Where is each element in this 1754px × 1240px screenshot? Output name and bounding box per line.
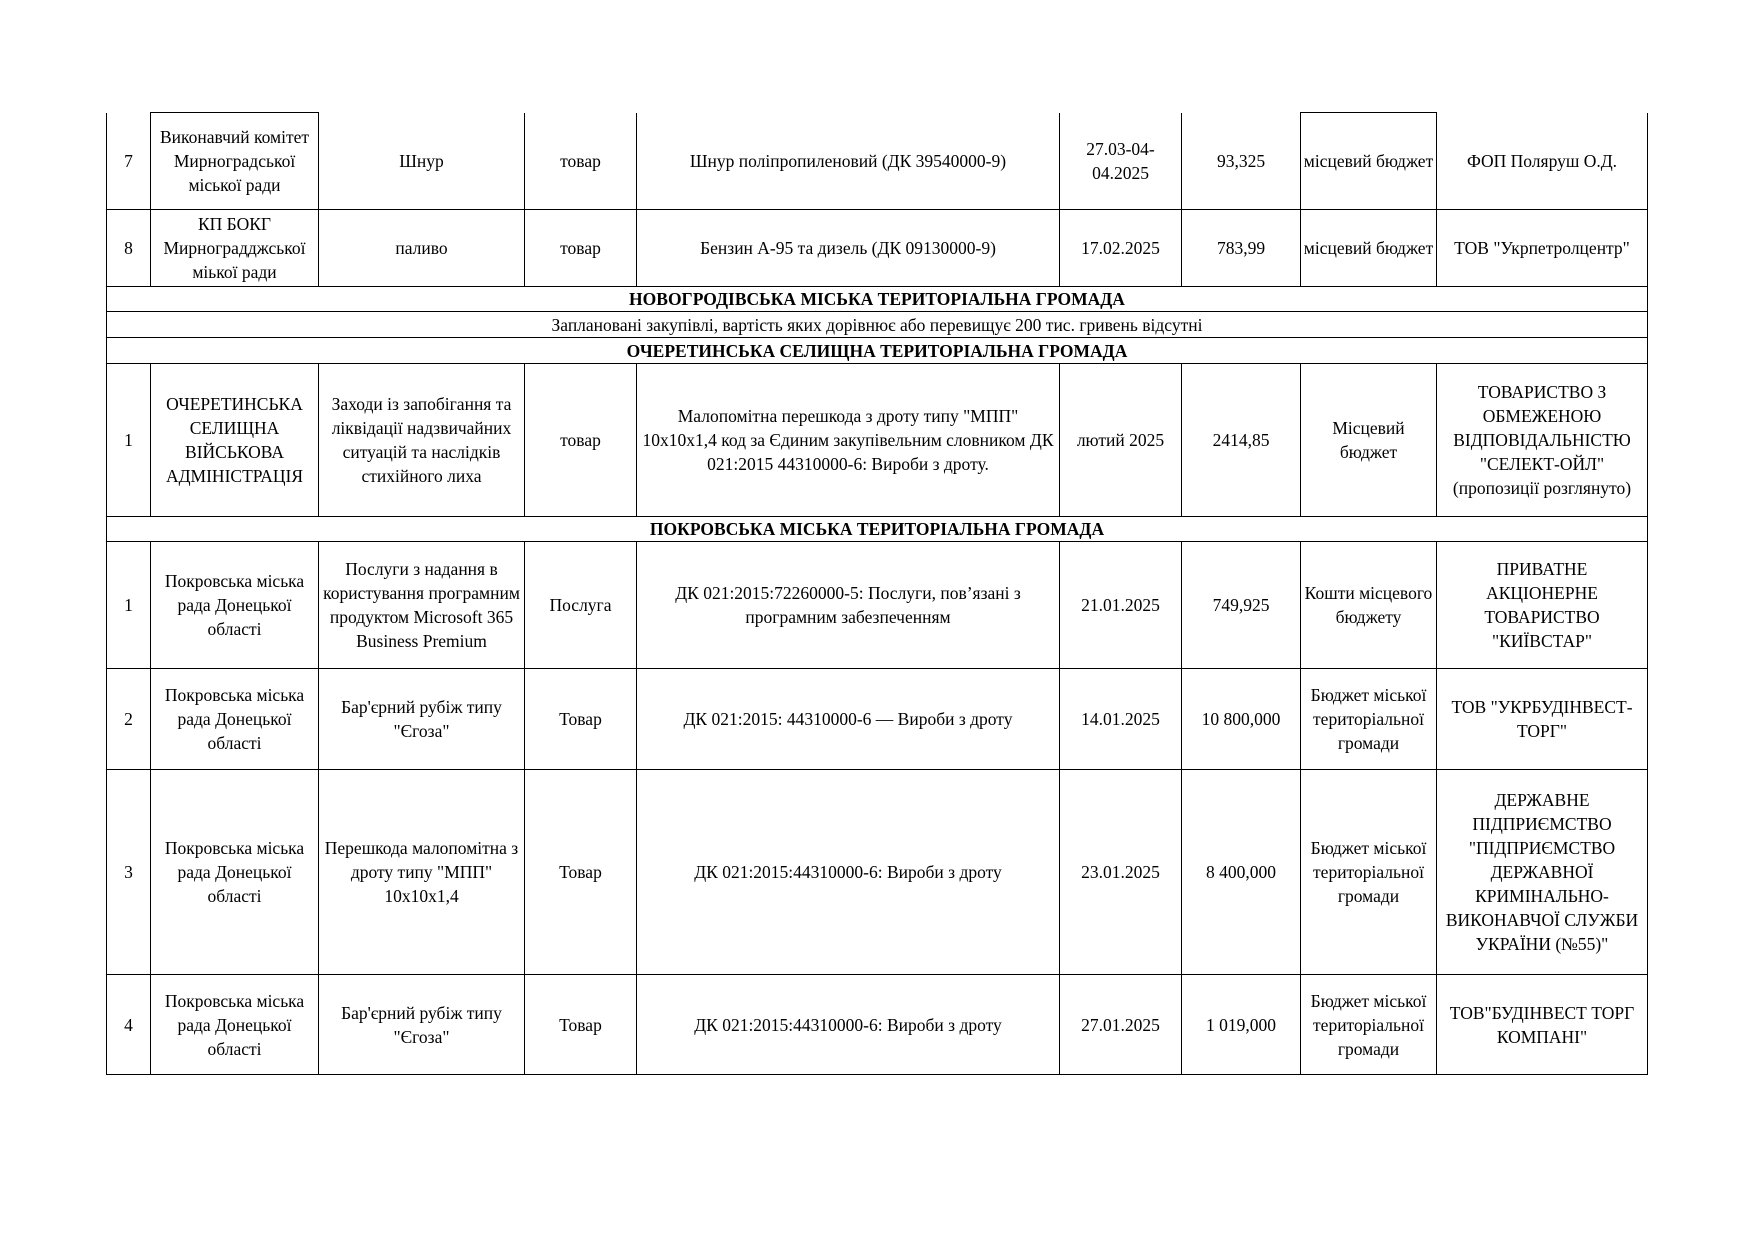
amount-cell: 8 400,000 — [1182, 770, 1301, 975]
table-row: 3 Покровська міська рада Донецької облас… — [107, 770, 1648, 975]
amount-cell: 10 800,000 — [1182, 669, 1301, 770]
subject-cell: Перешкода малопомітна з дроту типу "МПП"… — [319, 770, 525, 975]
table-row: 2 Покровська міська рада Донецької облас… — [107, 669, 1648, 770]
row-number: 1 — [107, 364, 151, 517]
section-note-novohrodivka: Заплановані закупівлі, вартість яких дор… — [107, 312, 1648, 338]
customer-cell: Покровська міська рада Донецької області — [151, 770, 319, 975]
supplier-cell: ТОВАРИСТВО З ОБМЕЖЕНОЮ ВІДПОВІДАЛЬНІСТЮ … — [1437, 364, 1648, 517]
description-cell: Бензин А-95 та дизель (ДК 09130000-9) — [637, 210, 1060, 287]
type-cell: товар — [525, 113, 637, 210]
subject-cell: паливо — [319, 210, 525, 287]
supplier-cell: ФОП Поляруш О.Д. — [1437, 113, 1648, 210]
funding-cell: місцевий бюджет — [1301, 113, 1437, 210]
customer-cell: Покровська міська рада Донецької області — [151, 975, 319, 1075]
type-cell: товар — [525, 364, 637, 517]
section-header-row: ОЧЕРЕТИНСЬКА СЕЛИЩНА ТЕРИТОРІАЛЬНА ГРОМА… — [107, 338, 1648, 364]
amount-cell: 783,99 — [1182, 210, 1301, 287]
section-header-row: НОВОГРОДІВСЬКА МІСЬКА ТЕРИТОРІАЛЬНА ГРОМ… — [107, 287, 1648, 312]
section-note-row: Заплановані закупівлі, вартість яких дор… — [107, 312, 1648, 338]
amount-cell: 2414,85 — [1182, 364, 1301, 517]
subject-cell: Послуги з надання в користування програм… — [319, 542, 525, 669]
table-row: 1 Покровська міська рада Донецької облас… — [107, 542, 1648, 669]
funding-cell: Бюджет міської територіальної громади — [1301, 975, 1437, 1075]
procurement-table: 7 Виконавчий комітет Мирноградської місь… — [106, 112, 1648, 1075]
row-number: 3 — [107, 770, 151, 975]
type-cell: товар — [525, 210, 637, 287]
date-cell: 14.01.2025 — [1060, 669, 1182, 770]
date-cell: лютий 2025 — [1060, 364, 1182, 517]
table-row: 8 КП БОКГ Мирноградджської міької ради п… — [107, 210, 1648, 287]
row-number: 1 — [107, 542, 151, 669]
funding-cell: Кошти місцевого бюджету — [1301, 542, 1437, 669]
subject-cell: Заходи із запобігання та ліквідації надз… — [319, 364, 525, 517]
description-cell: ДК 021:2015:44310000-6: Вироби з дроту — [637, 770, 1060, 975]
customer-cell: Виконавчий комітет Мирноградської місько… — [151, 113, 319, 210]
customer-cell: КП БОКГ Мирноградджської міької ради — [151, 210, 319, 287]
table-row: 1 ОЧЕРЕТИНСЬКА СЕЛИЩНА ВІЙСЬКОВА АДМІНІС… — [107, 364, 1648, 517]
funding-cell: Бюджет міської територіальної громади — [1301, 669, 1437, 770]
supplier-cell: ТОВ"БУДІНВЕСТ ТОРГ КОМПАНІ" — [1437, 975, 1648, 1075]
customer-cell: Покровська міська рада Донецької області — [151, 669, 319, 770]
supplier-cell: ТОВ "Укрпетролцентр" — [1437, 210, 1648, 287]
customer-cell: Покровська міська рада Донецької області — [151, 542, 319, 669]
section-title-ocheretyne: ОЧЕРЕТИНСЬКА СЕЛИЩНА ТЕРИТОРІАЛЬНА ГРОМА… — [107, 338, 1648, 364]
subject-cell: Шнур — [319, 113, 525, 210]
date-cell: 27.03-04-04.2025 — [1060, 113, 1182, 210]
date-cell: 17.02.2025 — [1060, 210, 1182, 287]
row-number: 7 — [107, 113, 151, 210]
description-cell: ДК 021:2015:44310000-6: Вироби з дроту — [637, 975, 1060, 1075]
supplier-cell: ПРИВАТНЕ АКЦІОНЕРНЕ ТОВАРИСТВО "КИЇВСТАР… — [1437, 542, 1648, 669]
description-cell: Малопомітна перешкода з дроту типу "МПП"… — [637, 364, 1060, 517]
table-row: 4 Покровська міська рада Донецької облас… — [107, 975, 1648, 1075]
description-cell: Шнур поліпропиленовий (ДК 39540000-9) — [637, 113, 1060, 210]
date-cell: 27.01.2025 — [1060, 975, 1182, 1075]
row-number: 2 — [107, 669, 151, 770]
supplier-cell: ТОВ "УКРБУДІНВЕСТ-ТОРГ" — [1437, 669, 1648, 770]
type-cell: Товар — [525, 770, 637, 975]
amount-cell: 749,925 — [1182, 542, 1301, 669]
amount-cell: 93,325 — [1182, 113, 1301, 210]
type-cell: Послуга — [525, 542, 637, 669]
description-cell: ДК 021:2015:72260000-5: Послуги, пов’яза… — [637, 542, 1060, 669]
customer-cell: ОЧЕРЕТИНСЬКА СЕЛИЩНА ВІЙСЬКОВА АДМІНІСТР… — [151, 364, 319, 517]
row-number: 4 — [107, 975, 151, 1075]
section-title-pokrovsk: ПОКРОВСЬКА МІСЬКА ТЕРИТОРІАЛЬНА ГРОМАДА — [107, 517, 1648, 542]
supplier-cell: ДЕРЖАВНЕ ПІДПРИЄМСТВО "ПІДПРИЄМСТВО ДЕРЖ… — [1437, 770, 1648, 975]
funding-cell: місцевий бюджет — [1301, 210, 1437, 287]
amount-cell: 1 019,000 — [1182, 975, 1301, 1075]
section-header-row: ПОКРОВСЬКА МІСЬКА ТЕРИТОРІАЛЬНА ГРОМАДА — [107, 517, 1648, 542]
description-cell: ДК 021:2015: 44310000-6 — Вироби з дроту — [637, 669, 1060, 770]
type-cell: Товар — [525, 975, 637, 1075]
date-cell: 21.01.2025 — [1060, 542, 1182, 669]
date-cell: 23.01.2025 — [1060, 770, 1182, 975]
table-row: 7 Виконавчий комітет Мирноградської місь… — [107, 113, 1648, 210]
funding-cell: Бюджет міської територіальної громади — [1301, 770, 1437, 975]
row-number: 8 — [107, 210, 151, 287]
subject-cell: Бар'єрний рубіж типу "Єгоза" — [319, 975, 525, 1075]
subject-cell: Бар'єрний рубіж типу "Єгоза" — [319, 669, 525, 770]
funding-cell: Місцевий бюджет — [1301, 364, 1437, 517]
section-title-novohrodivka: НОВОГРОДІВСЬКА МІСЬКА ТЕРИТОРІАЛЬНА ГРОМ… — [107, 287, 1648, 312]
type-cell: Товар — [525, 669, 637, 770]
